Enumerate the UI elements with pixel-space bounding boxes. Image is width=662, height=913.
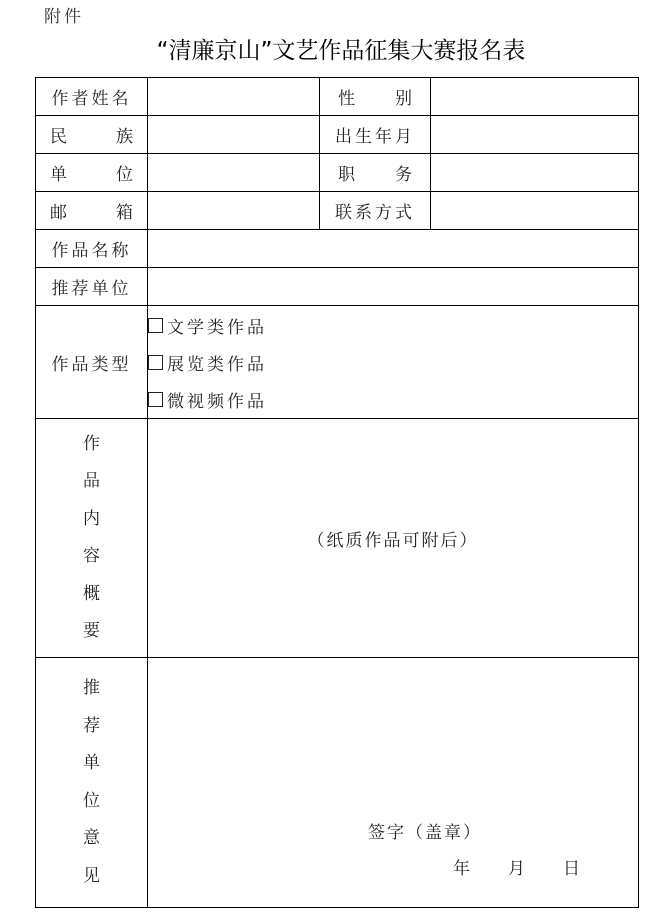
position-field[interactable] [431, 154, 639, 192]
row-employer: 单位 职务 [36, 154, 639, 192]
opinion-label-char: 意 [36, 820, 147, 858]
summary-label-char: 品 [36, 463, 147, 501]
summary-note: （纸质作品可附后） [308, 531, 479, 551]
row-summary: 作 品 内 容 概 要 （纸质作品可附后） [36, 419, 639, 658]
attachment-label: 附件 [44, 2, 84, 27]
recommend-unit-field[interactable] [148, 268, 639, 306]
gender-label: 性别 [320, 78, 431, 116]
page-title: “清廉京山”文艺作品征集大赛报名表 [0, 32, 662, 65]
summary-label-char: 容 [36, 538, 147, 576]
employer-label-char: 单 [50, 160, 67, 185]
author-name-field[interactable] [148, 78, 320, 116]
gender-label-char: 别 [395, 84, 412, 109]
row-ethnicity: 民族 出生年月 [36, 116, 639, 154]
ethnicity-label-char: 民 [50, 122, 67, 147]
date-year-label: 年 [453, 854, 470, 879]
summary-label-char: 概 [36, 576, 147, 614]
opinion-label-char: 推 [36, 670, 147, 708]
date-line: 年 月 日 [453, 854, 580, 879]
row-author-name: 作者姓名 性别 [36, 78, 639, 116]
row-email: 邮箱 联系方式 [36, 192, 639, 230]
summary-field[interactable]: （纸质作品可附后） [148, 419, 639, 658]
author-name-label: 作者姓名 [36, 78, 148, 116]
summary-label-char: 作 [36, 426, 147, 464]
summary-label: 作 品 内 容 概 要 [36, 419, 148, 658]
work-type-option-exhibition[interactable]: 展览类作品 [148, 344, 638, 381]
opinion-field[interactable]: 签字（盖章） 年 月 日 [148, 658, 639, 908]
option-label: 微视频作品 [167, 387, 267, 412]
row-work-type: 作品类型 文学类作品 展览类作品 微视频作品 [36, 306, 639, 419]
checkbox-icon[interactable] [148, 355, 163, 370]
date-month-label: 月 [508, 854, 525, 879]
opinion-label-char: 荐 [36, 708, 147, 746]
recommend-unit-label: 推荐单位 [36, 268, 148, 306]
option-label: 展览类作品 [167, 350, 267, 375]
email-label-char: 箱 [116, 198, 133, 223]
position-label: 职务 [320, 154, 431, 192]
opinion-label-char: 见 [36, 858, 147, 896]
birth-date-field[interactable] [431, 116, 639, 154]
checkbox-icon[interactable] [148, 392, 163, 407]
option-label: 文学类作品 [167, 313, 267, 338]
birth-date-label: 出生年月 [320, 116, 431, 154]
work-name-field[interactable] [148, 230, 639, 268]
email-field[interactable] [148, 192, 320, 230]
gender-field[interactable] [431, 78, 639, 116]
employer-label-char: 位 [116, 160, 133, 185]
work-name-label: 作品名称 [36, 230, 148, 268]
employer-field[interactable] [148, 154, 320, 192]
contact-label: 联系方式 [320, 192, 431, 230]
opinion-label-char: 单 [36, 745, 147, 783]
work-type-label: 作品类型 [36, 306, 148, 419]
ethnicity-label-char: 族 [116, 122, 133, 147]
row-recommend-unit: 推荐单位 [36, 268, 639, 306]
email-label-char: 邮 [50, 198, 67, 223]
opinion-label-char: 位 [36, 783, 147, 821]
ethnicity-field[interactable] [148, 116, 320, 154]
checkbox-icon[interactable] [148, 318, 163, 333]
row-opinion: 推 荐 单 位 意 见 签字（盖章） 年 月 日 [36, 658, 639, 908]
registration-form-table: 作者姓名 性别 民族 出生年月 单位 职务 邮箱 联系方式 作品名称 推荐单位 … [35, 77, 639, 908]
summary-label-char: 内 [36, 501, 147, 539]
ethnicity-label: 民族 [36, 116, 148, 154]
contact-field[interactable] [431, 192, 639, 230]
position-label-char: 务 [395, 160, 412, 185]
summary-label-char: 要 [36, 613, 147, 651]
opinion-label: 推 荐 单 位 意 见 [36, 658, 148, 908]
row-work-name: 作品名称 [36, 230, 639, 268]
work-type-options: 文学类作品 展览类作品 微视频作品 [148, 306, 639, 419]
date-day-label: 日 [563, 854, 580, 879]
employer-label: 单位 [36, 154, 148, 192]
work-type-option-micro-video[interactable]: 微视频作品 [148, 381, 638, 418]
email-label: 邮箱 [36, 192, 148, 230]
signature-label: 签字（盖章） [368, 818, 482, 843]
work-type-option-literature[interactable]: 文学类作品 [148, 307, 638, 344]
gender-label-char: 性 [338, 84, 355, 109]
position-label-char: 职 [338, 160, 355, 185]
